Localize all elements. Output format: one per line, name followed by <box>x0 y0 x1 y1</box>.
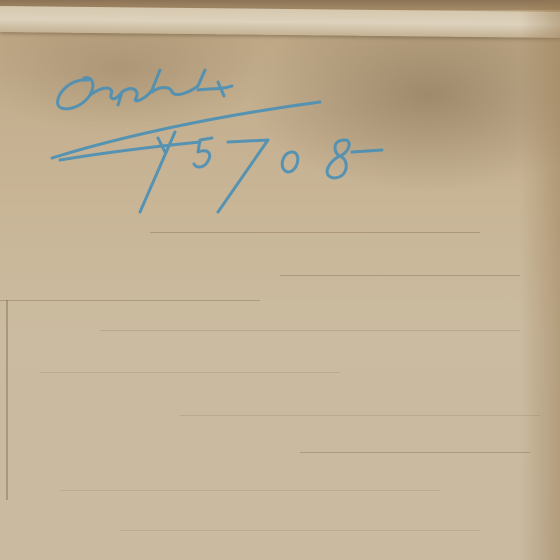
handwritten-inscription <box>0 0 560 560</box>
wood-board-photo: Octbr 1/5 7 08 <box>0 0 560 560</box>
